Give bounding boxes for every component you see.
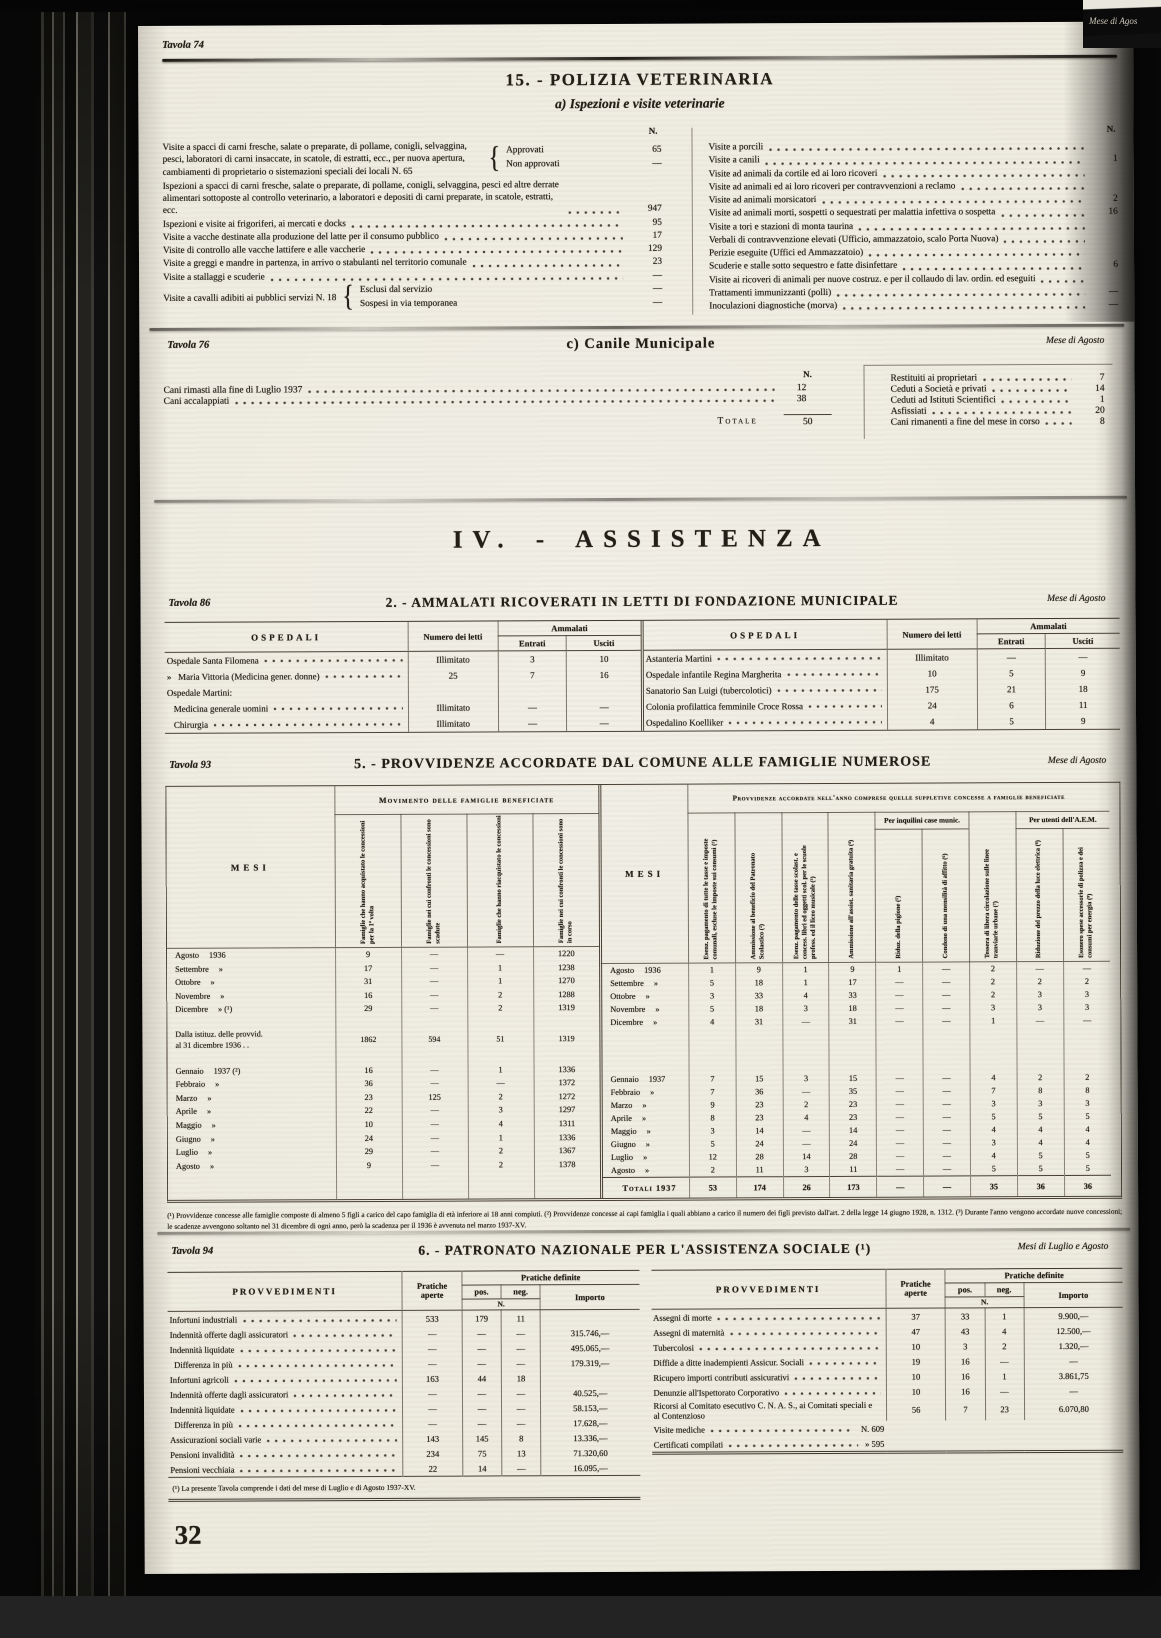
cell-value: 1367 (534, 1144, 600, 1158)
month-label: Mese di Agosto (1047, 594, 1105, 604)
neg-value: 18 (501, 1370, 540, 1385)
hospital-name: Chirurgia (167, 720, 208, 730)
pos-value: — (462, 1355, 501, 1370)
cell-value: 1 (468, 1131, 534, 1145)
totals-label: Totali 1937 (602, 1177, 690, 1198)
cell-value: 1311 (534, 1117, 600, 1131)
dot-leader (370, 247, 623, 255)
col-header-rotated: Esenz. pagamento delle tasse scolast. e … (792, 831, 818, 959)
list-item: Trattamenti immunizzanti (polli) — (709, 286, 1118, 300)
cell-value: — (401, 947, 467, 961)
hospitals-table-right: OSPEDALI Numero dei letti Ammalati Entra… (641, 619, 1120, 731)
month-name: Giugno (176, 1134, 201, 1143)
pos-value: 145 (463, 1430, 502, 1445)
pos-value: 179 (462, 1310, 501, 1326)
month-name: Ottobre (175, 978, 200, 987)
col-header-entrati: Entrati (498, 636, 567, 651)
neg-value: — (501, 1355, 540, 1370)
list-item: Perizie eseguite (Uffici ed Ammazzatoio) (709, 246, 1118, 260)
dot-leader (882, 171, 1084, 179)
dot-leader (568, 207, 623, 214)
scan-bottom-band (0, 1596, 1161, 1638)
item-value: — (1088, 286, 1118, 298)
col-header-n: N. (945, 1297, 1023, 1308)
usciti-value: — (567, 715, 641, 731)
tavola-86-label: Tavola 86 (168, 598, 210, 609)
dot-leader (710, 1425, 854, 1433)
list-item: Visite a spacci di carni fresche, salate… (163, 140, 668, 179)
book-binding-edges (34, 12, 144, 1608)
aperte-value: 19 (886, 1353, 946, 1368)
dot-leader (717, 1313, 881, 1321)
item-label: Visite a cavalli adibiti ai pubblici ser… (163, 292, 336, 305)
aperte-value: — (403, 1386, 463, 1401)
row-label: Infortuni agricoli (170, 1374, 229, 1384)
pos-value: 14 (463, 1460, 502, 1476)
brace-option: Non approvati (506, 159, 560, 173)
section-ammalati-ricoverati: Tavola 86 2. - AMMALATI RICOVERATI IN LE… (164, 592, 1120, 734)
cell-value: 1378 (534, 1157, 600, 1171)
row-label: Ricupero importi contributi assicurativi (653, 1372, 789, 1383)
year-label: » (645, 1166, 649, 1175)
pos-value: 16 (946, 1383, 985, 1398)
list-item: Visite a canili 1 (709, 153, 1118, 167)
dot-leader (444, 234, 623, 242)
dot-leader (786, 670, 881, 677)
chapter-title-assistenza: IV. - ASSISTENZA (164, 524, 1119, 556)
col-header-n: N. (649, 126, 658, 138)
row-label: Differenza in più (170, 1419, 233, 1429)
col-header-provvedimenti: PROVVEDIMENTI (651, 1269, 886, 1309)
month-name: Marzo (176, 1094, 198, 1103)
importo-value: 17.628,— (541, 1415, 640, 1430)
tavola-93-label: Tavola 93 (169, 760, 211, 771)
list-item: Ceduti a Società e privati 14 (891, 384, 1111, 395)
item-label: Cani rimasti alla fine di Luglio 1937 (164, 385, 303, 396)
aperte-value: 10 (886, 1368, 946, 1383)
entrati-value: 5 (977, 665, 1046, 681)
item-value: 1 (1075, 395, 1111, 405)
item-label: Ispezioni a spacci di carni fresche, sal… (163, 179, 563, 218)
importo-value: — (1024, 1383, 1123, 1398)
col-header-entrati: Entrati (977, 634, 1046, 649)
list-item: Visite a greggi e mandre in partenza, in… (163, 256, 668, 270)
usciti-value (567, 683, 641, 699)
importo-value: 495.065,— (540, 1340, 639, 1355)
dot-leader (351, 221, 623, 229)
pos-value: — (462, 1400, 501, 1415)
aperte-value: 56 (886, 1398, 946, 1420)
row-label: Denunzie all'Ispettorato Corporativo (653, 1387, 779, 1398)
pos-value: — (462, 1385, 501, 1400)
item-value: 2 (1088, 193, 1118, 205)
list-item: Visite ad animali morti, sospetti o sequ… (709, 206, 1118, 220)
section-title: 2. - AMMALATI RICOVERATI IN LETTI DI FON… (164, 592, 1119, 612)
col-header-aperte: Pratiche aperte (886, 1269, 946, 1308)
row-value: » 595 (865, 1438, 884, 1448)
pos-value: — (462, 1340, 501, 1355)
hospital-name: Ospedale infantile Regina Margherita (646, 669, 782, 680)
usciti-value: 9 (1046, 665, 1120, 681)
item-label: Ceduti ad Istituti Scientifici (891, 395, 996, 405)
cell-value: — (402, 1104, 468, 1118)
hospitals-table-left: OSPEDALI Numero dei letti Ammalati Entra… (165, 621, 641, 733)
dot-leader (699, 1343, 880, 1351)
brace-option: Approvati (506, 145, 560, 159)
dot-leader (234, 396, 774, 405)
tavola-74-label: Tavola 74 (162, 36, 1117, 51)
month-name: Dicembre (175, 1005, 208, 1014)
item-label: Ceduti a Società e privati (891, 384, 987, 394)
importo-value (540, 1309, 639, 1325)
dot-leader (902, 264, 1085, 272)
year-label: » (643, 1153, 647, 1162)
cell-value: — (467, 947, 533, 961)
cell-value: 1 (467, 974, 533, 988)
scan-smear-line (154, 496, 1127, 503)
month-name: Febbraio (611, 1088, 641, 1097)
entrati-value: — (498, 699, 567, 715)
importo-value: 179.319,— (540, 1355, 639, 1370)
cell-value: 1372 (534, 1076, 600, 1090)
cell-value: 4 (468, 1117, 534, 1131)
importo-value: 13.336,— (541, 1430, 640, 1445)
usciti-value: 16 (567, 667, 641, 683)
month-label: Mese di Agosto (1046, 336, 1104, 346)
month-name: Agosto (176, 1161, 200, 1170)
cell-value: 1297 (534, 1103, 600, 1117)
scan-top-band (0, 0, 1161, 11)
cell-value: 1220 (533, 946, 599, 960)
cell-value: 1319 (533, 1001, 599, 1015)
famiglie-table-right: MESI Provvidenze accordate nell'anno com… (598, 783, 1111, 1198)
month-name: Aprile (176, 1107, 197, 1116)
dot-leader (234, 1375, 397, 1383)
veterinary-table-left: N. Visite a spacci di carni fresche, sal… (162, 128, 668, 317)
aperte-value: 47 (886, 1323, 946, 1338)
entrati-value: 5 (977, 713, 1046, 729)
hospital-name: » Maria Vittoria (Medicina gener. donne) (167, 671, 320, 682)
neg-value: — (501, 1325, 540, 1340)
cell-value: — (402, 1158, 468, 1172)
row-label: Indennità offerte dagli assicuratori (170, 1389, 288, 1400)
neg-value: 11 (501, 1310, 540, 1326)
dot-leader (765, 157, 1085, 165)
pos-value: — (462, 1415, 501, 1430)
col-header-pos: pos. (945, 1283, 984, 1297)
brace-glyph: { (342, 278, 354, 318)
importo-value: 6.070,80 (1024, 1398, 1123, 1420)
entrati-value: — (977, 649, 1046, 666)
item-label: Visite a tori e stazioni di monta taurin… (709, 220, 853, 233)
neg-value: 1 (985, 1368, 1024, 1383)
aperte-value: — (402, 1341, 462, 1356)
row-label: Assegni di maternità (653, 1327, 724, 1337)
col-header-rotated: Ammissione al beneficio del Patronato Sc… (750, 831, 767, 959)
entrati-value: 3 (498, 651, 567, 668)
dot-leader (239, 1465, 397, 1473)
entrati-value: — (498, 715, 567, 731)
cell-value: 29 (335, 1002, 401, 1016)
document-page: Tavola 74 15. - POLIZIA VETERINARIA a) I… (138, 22, 1140, 1574)
beds-value: Illimitato (408, 715, 498, 731)
cell-value: 23 (336, 1091, 402, 1105)
month-name: Agosto (610, 966, 634, 975)
row-label: Indennità offerte dagli assicuratori (170, 1329, 288, 1340)
item-value: 17 (626, 230, 668, 242)
col-header-ammalati: Ammalati (977, 619, 1120, 634)
cell-value: 1238 (533, 961, 599, 975)
importo-value (541, 1370, 640, 1385)
neg-value: — (501, 1340, 540, 1355)
usciti-value: — (1046, 648, 1120, 665)
brace-option: Sospesi in via temporanea (360, 297, 457, 311)
month-label: Mesi di Luglio e Agosto (1018, 1242, 1109, 1252)
year-label: » (215, 1080, 219, 1089)
dot-leader (293, 1390, 397, 1397)
col-header-rotated: Famiglie che hanno riacquistato le conce… (495, 815, 504, 943)
row-label: Visite mediche (654, 1424, 705, 1434)
col-header-n: N. (1107, 124, 1116, 136)
item-label: Visite a vacche destinate alla produzion… (163, 231, 439, 244)
year-label: » (207, 1107, 211, 1116)
group-header-inquilini: Per inquilini case munic. (875, 812, 969, 829)
col-header-mesi: MESI (166, 786, 335, 948)
dot-leader (213, 720, 403, 728)
neg-value: 2 (985, 1338, 1024, 1353)
row-label: Assicurazioni sociali varie (170, 1434, 261, 1444)
row-label: Indennità liquidate (170, 1404, 235, 1414)
cell-value: 9 (336, 1158, 402, 1172)
veterinary-table: N. Visite a spacci di carni fresche, sal… (162, 126, 1118, 317)
dot-leader (238, 1360, 397, 1368)
totals-row: Totali 1937 53174 26173 —— 3536 36 (602, 1175, 1112, 1198)
year-label: » (211, 978, 215, 987)
dot-leader (717, 654, 882, 662)
neg-value: — (985, 1353, 1024, 1368)
group-header-provvidenze: Provvidenze accordate nell'anno comprese… (688, 783, 1110, 813)
item-value: 20 (1075, 406, 1111, 416)
year-label: » (642, 1114, 646, 1123)
pos-value: 75 (463, 1445, 502, 1460)
beds-value: Illimitato (408, 699, 498, 715)
item-value: — (626, 269, 668, 281)
hospital-name: Colonia profilattica femminile Croce Ros… (646, 701, 803, 712)
cell-value: 51 (467, 1023, 533, 1055)
item-value: — (626, 283, 662, 297)
cell-value: 1272 (534, 1090, 600, 1104)
year-label: 1936 (209, 951, 226, 960)
importo-value: 71.320,60 (541, 1445, 640, 1460)
dot-leader (729, 1328, 880, 1336)
item-value: 38 (778, 394, 832, 404)
item-label: Inoculazioni diagnostiche (morva) (709, 300, 837, 313)
col-header-ospedali: OSPEDALI (644, 620, 887, 651)
aperte-value: — (403, 1416, 463, 1431)
cell-value: 1288 (533, 988, 599, 1002)
cell-value: 1862 (335, 1024, 401, 1056)
aperte-value: — (402, 1326, 462, 1341)
patronato-table-right: PROVVEDIMENTI Pratiche aperte Pratiche d… (651, 1268, 1123, 1500)
beds-value: 10 (887, 665, 977, 681)
item-label: Visite ad animali morti, sospetti o sequ… (709, 207, 996, 221)
pos-value: 33 (946, 1308, 985, 1324)
item-label: Cani accalappiati (164, 397, 230, 407)
month-name: Novembre (175, 992, 210, 1001)
hospital-name: Ospedale Martini: (167, 688, 232, 698)
neg-value: — (502, 1415, 541, 1430)
year-label: 1937 (²) (214, 1066, 241, 1075)
item-value: 14 (1075, 384, 1111, 394)
total-value: 50 (784, 414, 832, 427)
pos-value: 44 (462, 1370, 501, 1385)
item-label: Visite ad animali ed ai loro ricoveri pe… (709, 180, 956, 193)
item-label: Visite ad animali da cortile ed ai loro … (709, 167, 878, 180)
section-canile-municipale: Tavola 76 c) Canile Municipale Mese di A… (163, 334, 1119, 488)
row-label: Ricorsi al Comitato esecutivo C. N. A. S… (654, 1400, 876, 1421)
cell-value: — (402, 1131, 468, 1145)
col-header-usciti: Usciti (567, 635, 641, 650)
item-value: 129 (626, 243, 668, 255)
year-label: » (207, 1094, 211, 1103)
usciti-value: — (567, 699, 641, 715)
month-name: Agosto (611, 1166, 635, 1175)
list-item: Restituiti ai proprietari 7 (891, 373, 1111, 384)
hospital-name: Ospedale Santa Filomena (167, 655, 259, 665)
year-label: » (655, 1005, 659, 1014)
col-header-ammalati: Ammalati (498, 621, 641, 636)
item-label: Visite a stallaggi e scuderie (163, 271, 265, 284)
veterinary-left-list: Ispezioni a spacci di carni fresche, sal… (163, 178, 668, 283)
item-label: Visite a spacci di carni fresche, salate… (163, 140, 483, 178)
row-label: Certificati compilati (654, 1439, 723, 1449)
year-label: 1937 (649, 1075, 666, 1084)
item-value: 95 (626, 216, 668, 228)
dot-leader (293, 1330, 397, 1337)
month-name: Maggio (176, 1121, 202, 1130)
dot-leader (821, 197, 1084, 205)
beds-value: 4 (887, 713, 977, 729)
dot-leader (768, 144, 1084, 152)
scan-smear-line (149, 324, 1124, 331)
row-label: Diffide a ditte inadempienti Assicur. So… (653, 1357, 804, 1368)
year-label: » (212, 1121, 216, 1130)
col-header-provvedimenti: PROVVEDIMENTI (167, 1271, 402, 1311)
item-value: 23 (626, 256, 668, 268)
year-label: » (219, 964, 223, 973)
col-header-neg: neg. (501, 1285, 540, 1299)
beds-value (408, 683, 498, 699)
col-header-rotated: Famiglie nei cui confronti le concession… (425, 816, 442, 944)
tavola-94-label: Tavola 94 (171, 1246, 213, 1257)
tavola-76-label: Tavola 76 (167, 340, 209, 351)
entrati-value: 7 (498, 667, 567, 683)
cell-value: 1 (467, 961, 533, 975)
loose-row: Certificati compilati» 595 (652, 1435, 1124, 1454)
cell-value: 36 (336, 1077, 402, 1091)
aperte-value: 163 (403, 1371, 463, 1386)
usciti-value: 9 (1046, 713, 1120, 729)
beds-value: Illimitato (408, 651, 498, 668)
year-label: » (646, 1140, 650, 1149)
running-header-clipped: Mese di Agos (1089, 16, 1137, 26)
importo-value: 12.500,— (1024, 1323, 1123, 1338)
year-label: » (647, 1127, 651, 1136)
item-value: — (1088, 299, 1118, 311)
dot-leader (809, 1358, 881, 1365)
item-label: Visite ad animali morsicatori (709, 194, 817, 207)
dot-leader (992, 386, 1072, 393)
usciti-value: 10 (567, 650, 641, 667)
section-title: 15. - POLIZIA VETERINARIA (162, 68, 1117, 92)
neg-value: 23 (985, 1398, 1024, 1420)
list-item: Visite di controllo alle vacche lattifer… (163, 243, 668, 257)
month-name: Marzo (611, 1101, 633, 1110)
month-name: Luglio (611, 1153, 633, 1162)
importo-value: 3.861,75 (1024, 1368, 1123, 1383)
aperte-value: 143 (403, 1431, 463, 1446)
month-name: Febbraio (176, 1080, 206, 1089)
row-value: N. 609 (861, 1423, 884, 1433)
pos-value: 3 (946, 1338, 985, 1353)
col-header-n: N. (462, 1299, 540, 1310)
table-footnote: (¹) La presente Tavola comprende i dati … (168, 1475, 640, 1500)
section-patronato-nazionale: Tavola 94 6. - PATRONATO NAZIONALE PER L… (167, 1240, 1123, 1502)
hospital-row: Astanteria Martini Illimitato — — (644, 648, 1120, 667)
hospital-row: Ospedale Santa Filomena Illimitato 3 10 (165, 650, 641, 669)
dot-leader (1041, 277, 1086, 284)
neg-value: — (985, 1383, 1024, 1398)
cell-value: — (401, 988, 467, 1002)
cell-value: 1319 (533, 1023, 599, 1055)
dot-leader (794, 1373, 880, 1380)
aperte-value: — (403, 1356, 463, 1371)
hospital-name: Medicina generale uomini (167, 703, 268, 713)
hospital-row: Chirurgia Illimitato — — (165, 715, 641, 733)
cell-value: 1270 (533, 974, 599, 988)
cell-value: 2 (467, 988, 533, 1002)
neg-value: — (502, 1460, 541, 1476)
year-label: 1936 (644, 966, 661, 975)
item-label: Visite di controllo alle vacche lattifer… (163, 244, 365, 257)
cell-value: 2 (468, 1144, 534, 1158)
col-header-importo: Importo (1024, 1282, 1123, 1307)
item-label: Verbali di contravvenzione elevati (Uffi… (709, 233, 999, 247)
month-name: Ottobre (610, 992, 635, 1001)
month-name: Luglio (176, 1148, 198, 1157)
col-header-rotated: Famiglie nei cui confronti le concession… (557, 815, 574, 943)
aperte-value: 22 (403, 1461, 463, 1477)
veterinary-table-right: N. Visite a porcili Visite a canili (691, 126, 1118, 314)
dot-leader (238, 1420, 397, 1428)
item-label: Perizie eseguite (Uffici ed Ammazzatoio) (709, 247, 863, 260)
month-name: Dicembre (610, 1018, 643, 1027)
dot-leader (1000, 210, 1084, 217)
list-item: Verbali di contravvenzione elevati (Uffi… (709, 233, 1118, 247)
dot-leader (932, 408, 1072, 416)
dot-leader (982, 375, 1071, 382)
aperte-value: 234 (403, 1446, 463, 1461)
cell-value: 2 (467, 1001, 533, 1015)
list-item: Visite a tori e stazioni di monta taurin… (709, 219, 1118, 233)
group-header-utenti: Per utenti dell'A.E.M. (1016, 811, 1110, 828)
item-label: Cani rimanenti a fine del mese in corso (891, 417, 1040, 428)
cell-value: 31 (335, 975, 401, 989)
list-item: Visite ai ricoveri di animali per nuove … (709, 272, 1118, 286)
dot-leader (242, 1315, 397, 1323)
col-header-aperte: Pratiche aperte (402, 1271, 462, 1310)
item-value: 1 (1088, 153, 1118, 165)
